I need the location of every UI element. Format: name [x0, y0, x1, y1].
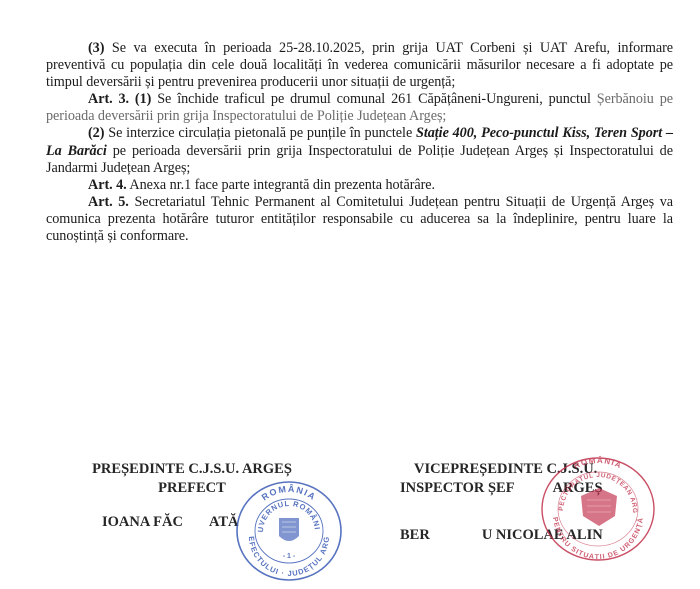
- svg-text:- 1 -: - 1 -: [283, 553, 296, 560]
- isu-stamp-icon: ROMÂNIA INSPECTORATUL JUDEȚEAN ARGEȘ PEN…: [537, 452, 659, 562]
- paragraph-p3: (3) Se va executa în perioada 25-28.10.2…: [46, 40, 673, 91]
- paragraph-art4: Art. 4. Anexa nr.1 face parte integrantă…: [46, 177, 673, 194]
- svg-text:ROMÂNIA: ROMÂNIA: [572, 456, 623, 471]
- paragraph-art3-2: (2) Se interzice circulația pietonală pe…: [46, 125, 673, 176]
- paragraph-art5: Art. 5. Secretariatul Tehnic Permanent a…: [46, 194, 673, 245]
- document-body: (3) Se va executa în perioada 25-28.10.2…: [46, 40, 673, 245]
- paragraph-art3-1: Art. 3. (1) Se închide traficul pe drumu…: [46, 91, 673, 125]
- prefecture-stamp-icon: ROMÂNIA GUVERNUL ROMÂNIEI - 1 - PREFECTU…: [229, 474, 349, 584]
- document-page: (3) Se va executa în perioada 25-28.10.2…: [0, 0, 700, 589]
